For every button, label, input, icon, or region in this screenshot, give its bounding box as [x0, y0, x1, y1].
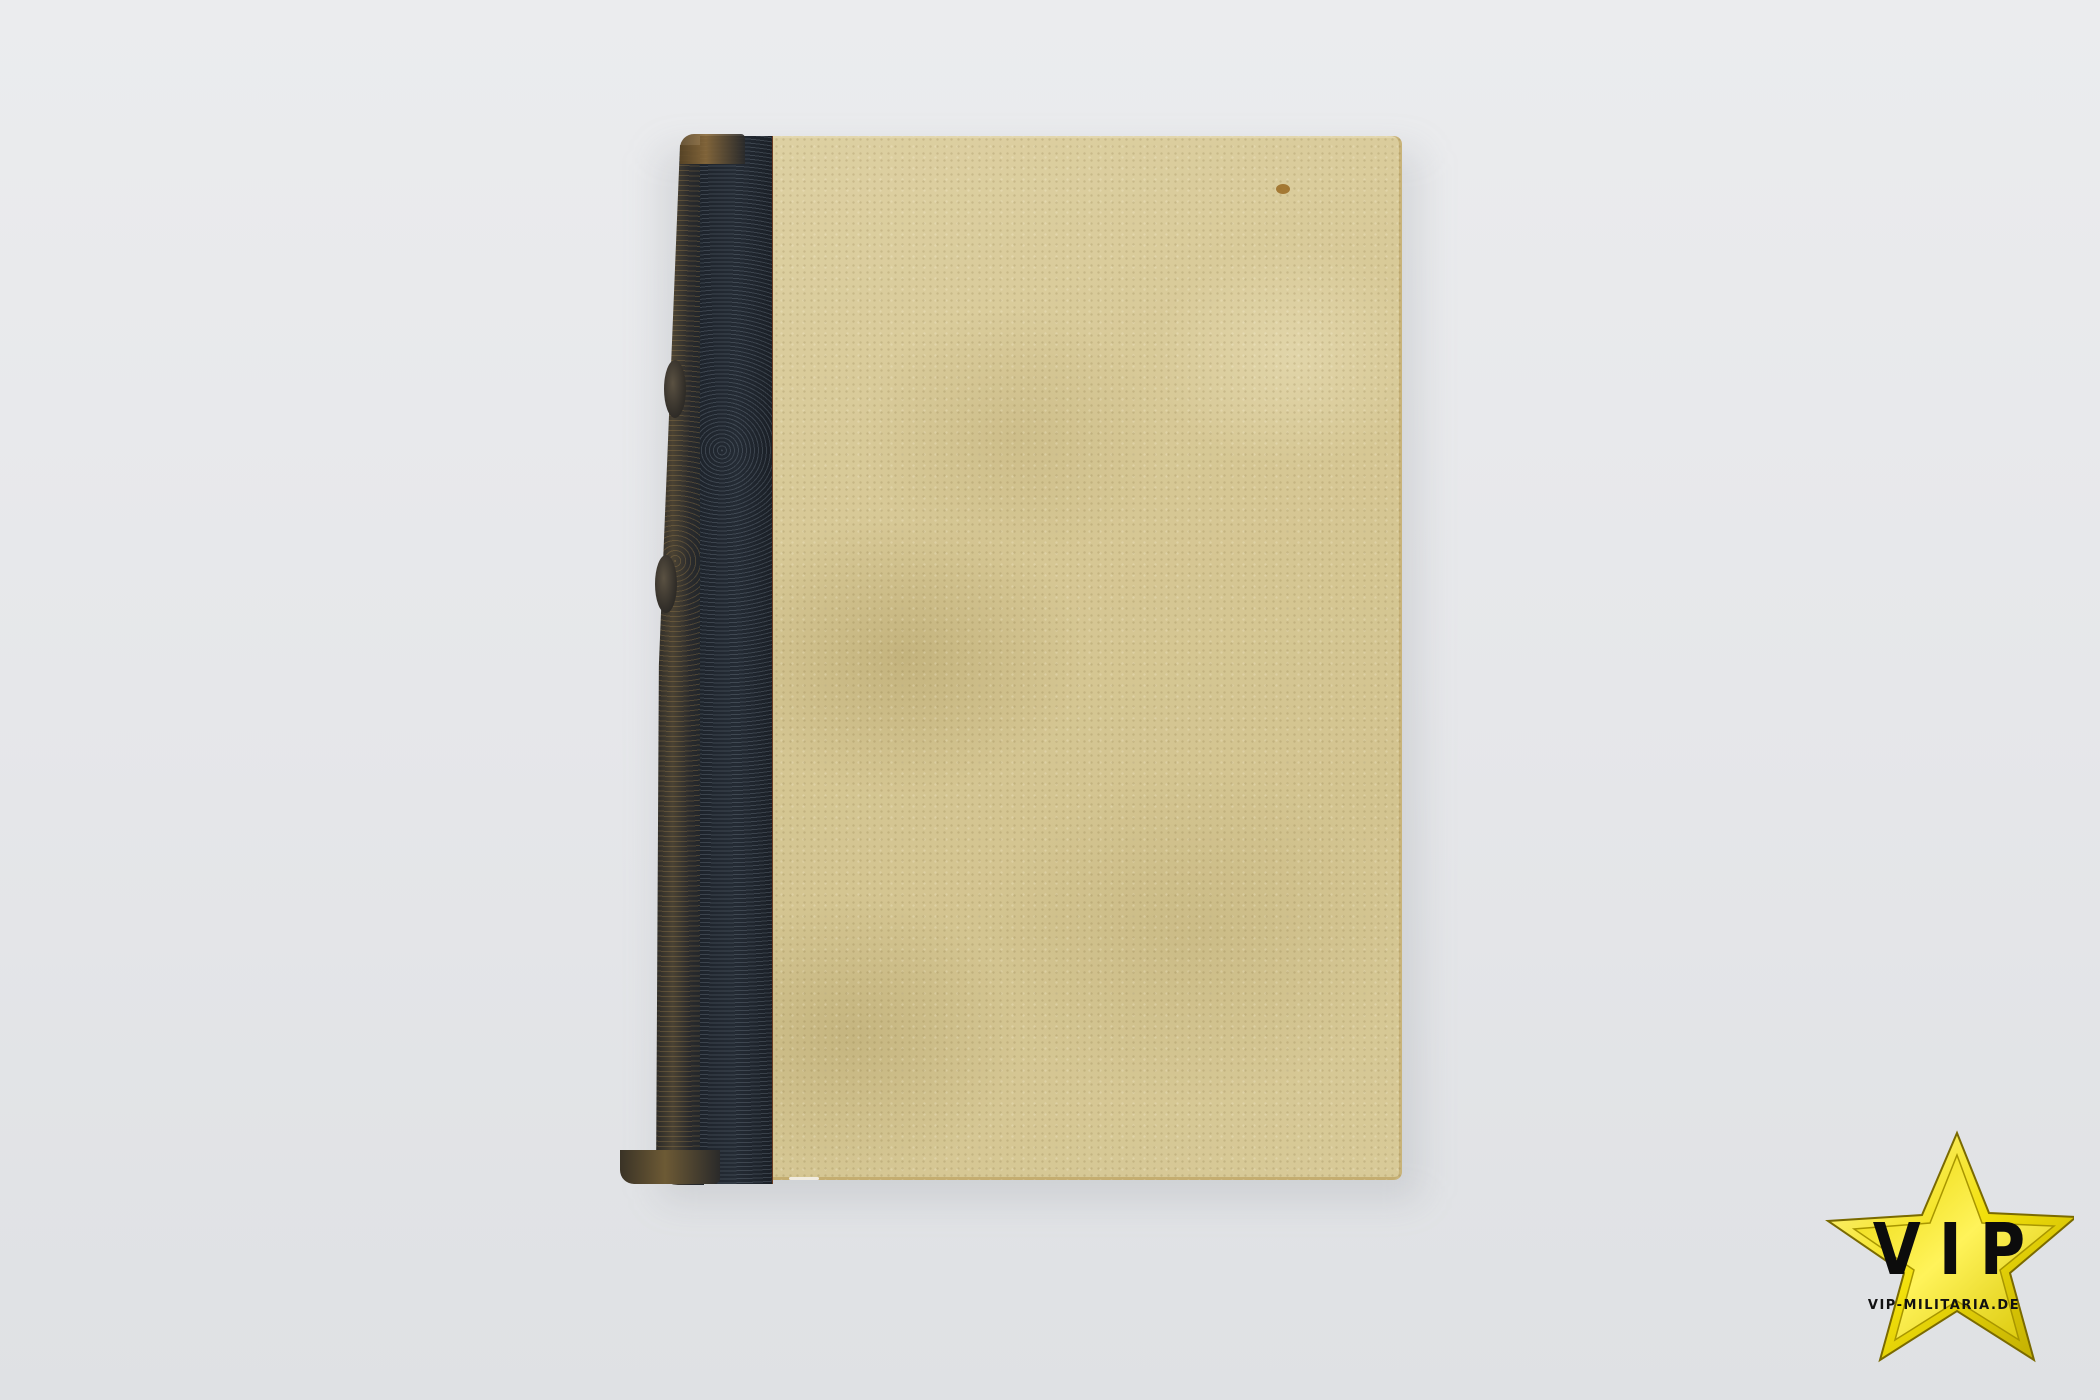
- spine-raised-band: [655, 555, 677, 613]
- spine-bottom-wear: [620, 1150, 720, 1184]
- photo-scene: VIP VIP-MILITARIA.DE: [0, 0, 2100, 1400]
- cover-stain: [1276, 184, 1290, 194]
- watermark-url-text: VIP-MILITARIA.DE: [1814, 1298, 2074, 1313]
- cover-texture: [773, 136, 1402, 1180]
- vip-militaria-watermark: VIP VIP-MILITARIA.DE: [1814, 1125, 2074, 1370]
- antique-book: [0, 0, 2100, 1400]
- book-spine: [656, 145, 704, 1185]
- spine-top-wear: [680, 134, 745, 164]
- spine-raised-band: [664, 360, 686, 418]
- cover-worn-edge: [789, 1177, 819, 1180]
- leather-spine-strip: [700, 136, 773, 1184]
- watermark-main-text: VIP: [1814, 1208, 2088, 1292]
- front-cover: [773, 136, 1402, 1180]
